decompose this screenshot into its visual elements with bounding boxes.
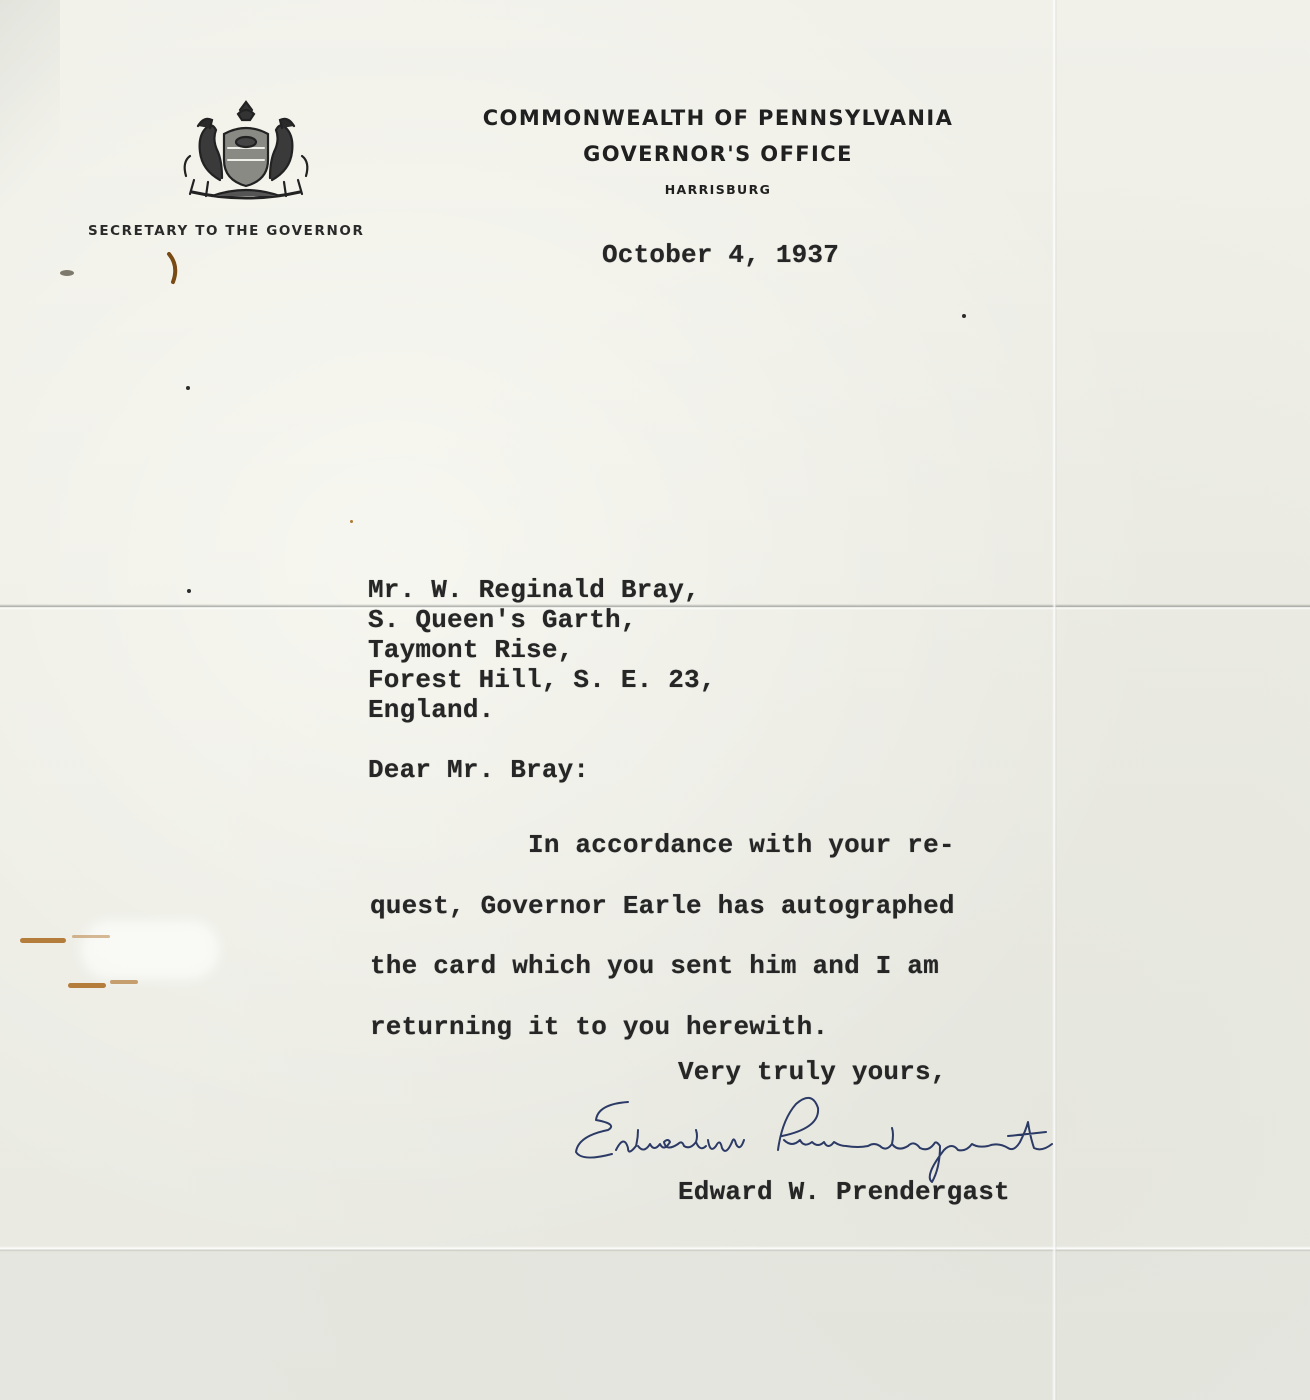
paper-abrasion [80, 920, 220, 980]
body-line: returning it to you herewith. [370, 997, 955, 1058]
letterhead-title: COMMONWEALTH OF PENNSYLVANIA [440, 106, 996, 130]
body-line: quest, Governor Earle has autographed [370, 876, 955, 937]
handwritten-signature: Edward W Prendergast [568, 1090, 1093, 1190]
paper-speck [962, 314, 966, 318]
rust-stain [68, 983, 106, 988]
rust-clip-mark [165, 252, 179, 286]
closing: Very truly yours, [678, 1057, 947, 1087]
vertical-fold [1052, 0, 1057, 1400]
paper-corner-shade [0, 0, 60, 240]
body-line: In accordance with your re- [370, 815, 955, 876]
address-line: Taymont Rise, [368, 635, 716, 665]
rust-stain [20, 938, 66, 943]
ink-smudge [60, 270, 74, 276]
address-line: Forest Hill, S. E. 23, [368, 665, 716, 695]
address-line: England. [368, 695, 716, 725]
paper-speck [350, 520, 353, 523]
signatory-name: Edward W. Prendergast [678, 1177, 1010, 1207]
letterhead-city: HARRISBURG [440, 182, 996, 197]
address-line: S. Queen's Garth, [368, 605, 716, 635]
salutation: Dear Mr. Bray: [368, 755, 589, 785]
horizontal-fold-lower [0, 1246, 1310, 1252]
paper-speck [186, 386, 190, 390]
rust-stain [110, 980, 138, 984]
letter-body: In accordance with your re-quest, Govern… [370, 815, 955, 1057]
letterhead-office: GOVERNOR'S OFFICE [440, 142, 996, 166]
body-line: the card which you sent him and I am [370, 936, 955, 997]
department-line: SECRETARY TO THE GOVERNOR [88, 223, 408, 239]
letter-date: October 4, 1937 [602, 240, 839, 270]
pennsylvania-coat-of-arms-icon [172, 100, 320, 204]
paper-speck [187, 589, 191, 593]
address-line: Mr. W. Reginald Bray, [368, 575, 716, 605]
rust-stain [72, 935, 110, 938]
paper-bottom-panel [0, 1252, 1310, 1400]
recipient-address: Mr. W. Reginald Bray,S. Queen's Garth,Ta… [368, 575, 716, 725]
